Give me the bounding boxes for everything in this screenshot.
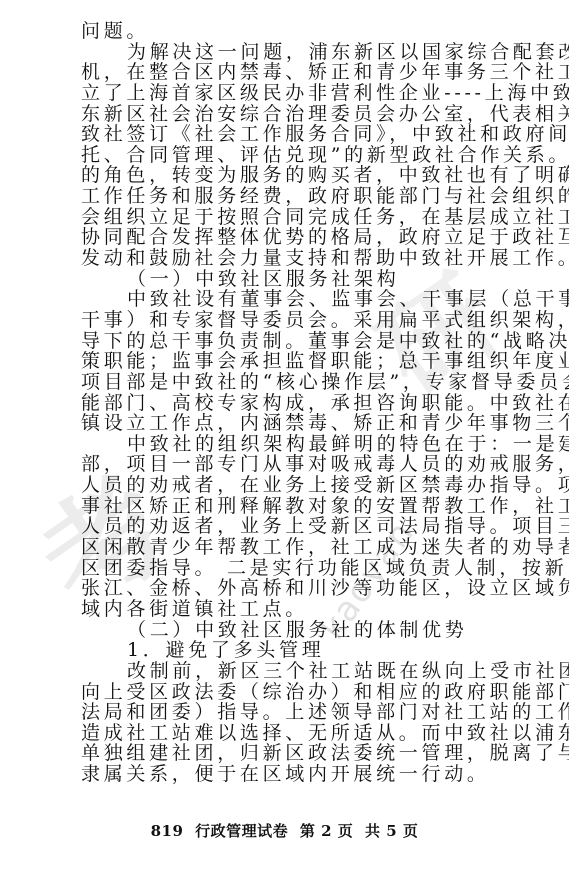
text-line: 单独组建社团，归新区政法委统一管理，脱离了与市三大社团的 — [81, 743, 526, 764]
text-line: 镇设立工作点，内涵禁毒、矫正和青少年事物三个社工组。 — [81, 413, 526, 434]
text-line: 域内各街道镇社工点。 — [81, 599, 526, 620]
text-line: 项目部是中致社的“核心操作层”，专家督导委员会由政府相关职 — [81, 372, 526, 393]
text-line: 人员的劝返者，业务上受新区司法局指导。项目三部专门从事社 — [81, 516, 526, 537]
text-line: 干事）和专家督导委员会。采用扁平式组织架构，实行董事会领 — [81, 310, 526, 331]
text-line: 中致社设有董事会、监事会、干事层（总干事、副总干事、 — [81, 289, 526, 310]
text-line: 托、合同管理、评估兑现”的新型政社合作关系。政府从管理者 — [81, 145, 526, 166]
text-line: 协同配合发挥整体优势的格局，政府立足于政社互动和政社合作， — [81, 227, 526, 248]
text-line: 东新区社会治安综合治理委员会办公室，代表相关业务部门与中 — [81, 104, 526, 125]
text-line: 立了上海首家区级民办非营利性企业----上海中致社区服务社。浦 — [81, 83, 526, 104]
text-line: 区团委指导。 二是实行功能区域负责人制，按新区陆家嘴、三林、 — [81, 558, 526, 579]
text-line: （一）中致社区服务社架构 — [81, 269, 526, 290]
text-line: 中致社的组织架构最鲜明的特色在于：一是建立了三个项目 — [81, 434, 526, 455]
text-line: 的角色，转变为服务的购买者，中致社也有了明确的服务项目、 — [81, 165, 526, 186]
text-line: 区闲散青少年帮教工作，社工成为迷失者的劝导者，业务上受新 — [81, 537, 526, 558]
text-line: 致社签订《社会工作服务合同》，中致社和政府间形成了“定向委 — [81, 124, 526, 145]
text-line: 会组织立足于按照合同完成任务，在基层成立社工组，形成相互 — [81, 207, 526, 228]
text-line: 1．避免了多头管理 — [81, 640, 526, 661]
text-line: 工作任务和服务经费，政府职能部门与社会组织的职责明晰，社 — [81, 186, 526, 207]
text-line: 人员的劝戒者，在业务上接受新区禁毒办指导。项目二部专门从 — [81, 475, 526, 496]
text-line: 发动和鼓励社会力量支持和帮助中致社开展工作。 — [81, 248, 526, 269]
text-line: 法局和团委）指导。上述领导部门对社工站的工作要求各有侧重， — [81, 702, 526, 723]
text-line: （二）中致社区服务社的体制优势 — [81, 620, 526, 641]
text-line: 向上受区政法委（综治办）和相应的政府职能部门（禁毒办、司 — [81, 682, 526, 703]
text-line: 隶属关系，便于在区域内开展统一行动。 — [81, 764, 526, 785]
text-line: 能部门、高校专家构成，承担咨询职能。中致社在新区 23 个街道、 — [81, 393, 526, 414]
text-line: 部，项目一部专门从事对吸戒毒人员的劝戒服务，社工成为吸毒 — [81, 454, 526, 475]
text-line: 策职能；监事会承担监督职能；总干事组织年度业务计划的实施， — [81, 351, 526, 372]
text-line: 改制前，新区三个社工站既在纵向上受市社团领导，又在横 — [81, 661, 526, 682]
document-page: 考 研 kaoyan 问题。为解决这一问题，浦东新区以国家综合配套改革试验区为契… — [0, 0, 569, 871]
text-line: 问题。 — [81, 21, 526, 42]
page-footer: 819 行政管理试卷 第 2 页 共 5 页 — [0, 820, 569, 841]
text-line: 造成社工站难以选择、无所适从。而中致社以浦东新区所辖范围 — [81, 723, 526, 744]
page-total: 共 5 页 — [365, 822, 418, 840]
document-body: 问题。为解决这一问题，浦东新区以国家综合配套改革试验区为契机，在整合区内禁毒、矫… — [81, 21, 526, 785]
exam-title: 行政管理试卷 — [195, 822, 288, 840]
text-line: 机，在整合区内禁毒、矫正和青少年事务三个社工站基础上，成 — [81, 62, 526, 83]
text-line: 为解决这一问题，浦东新区以国家综合配套改革试验区为契 — [81, 42, 526, 63]
page-number: 第 2 页 — [300, 822, 353, 840]
text-line: 张江、金桥、外高桥和川沙等功能区，设立区域负责人，统辖区 — [81, 578, 526, 599]
text-line: 事社区矫正和刑释解教对象的安置帮教工作，社工成为这些迷途 — [81, 496, 526, 517]
text-line: 导下的总干事负责制。董事会是中致社的“战略决策层”，承担决 — [81, 331, 526, 352]
exam-code: 819 — [151, 822, 184, 840]
